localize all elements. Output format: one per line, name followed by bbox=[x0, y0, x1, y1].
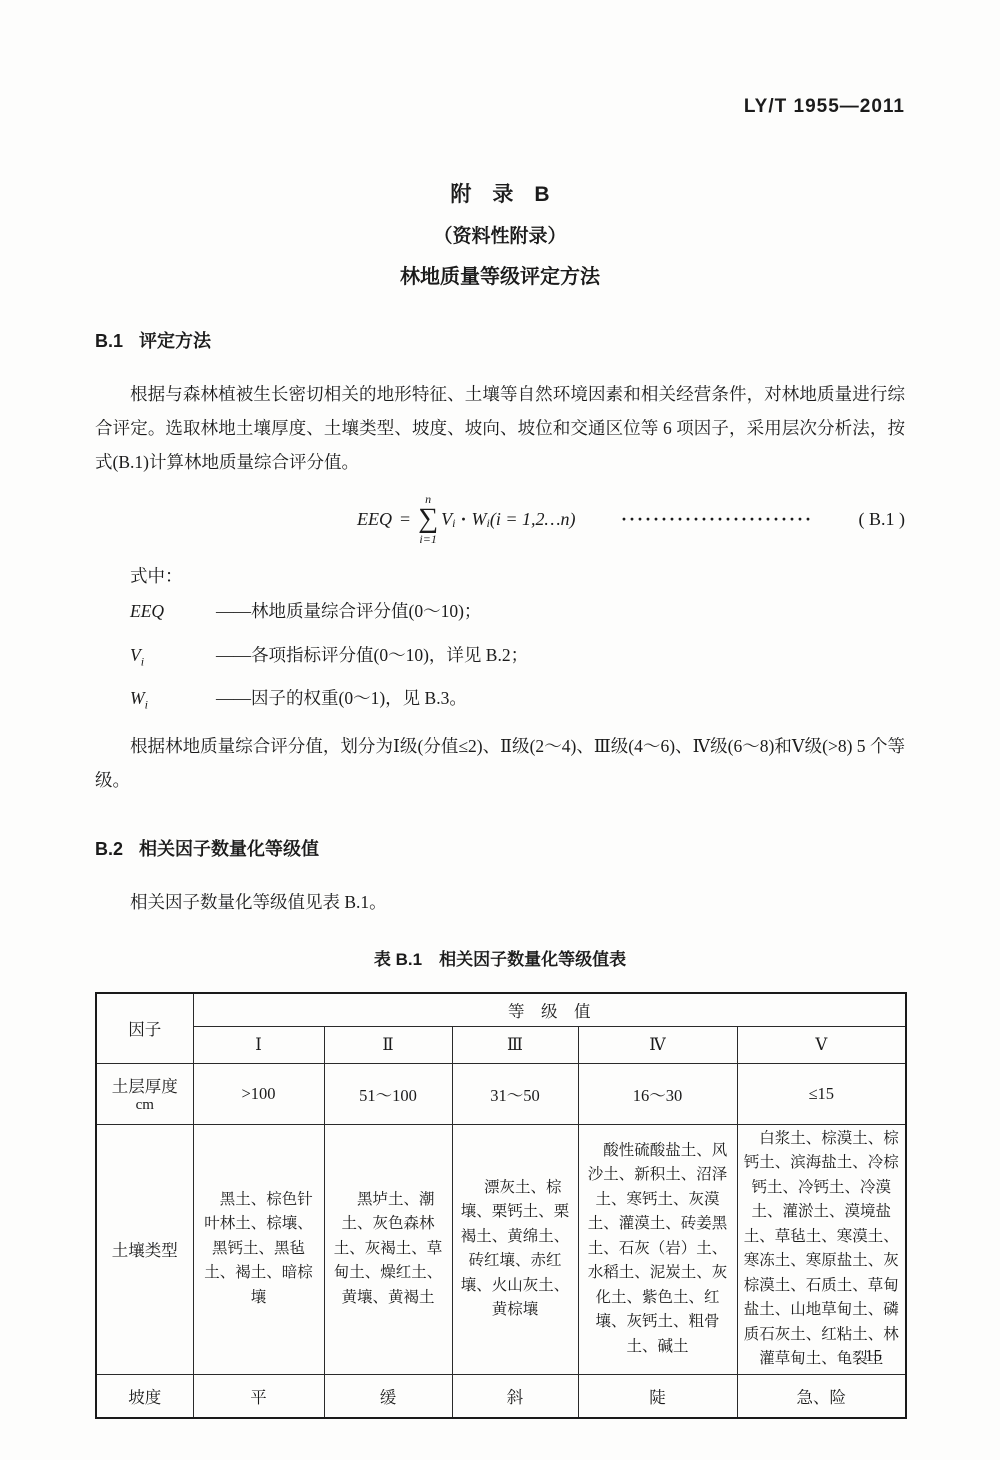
table-b1-caption: 表 B.1 相关因子数量化等级值表 bbox=[95, 945, 905, 970]
definition-dash: —— bbox=[216, 641, 251, 676]
appendix-name: 林地质量等级评定方法 bbox=[95, 260, 905, 289]
section-b1-paragraph-1: 根据与森林植被生长密切相关的地形特征、土壤等自然环境因素和相关经营条件，对林地质… bbox=[95, 377, 905, 479]
definition-vi: Vi —— 各项指标评分值(0～10)，详见 B.2； bbox=[95, 641, 905, 676]
section-b2-title: 相关因子数量化等级值 bbox=[139, 839, 319, 859]
row-label-slope: 坡度 bbox=[96, 1374, 193, 1418]
table-cell: 黑垆土、潮土、灰色森林土、灰褐土、草甸土、燥红土、黄壤、黄褐土 bbox=[324, 1124, 452, 1374]
doc-number: LY/T 1955—2011 bbox=[95, 0, 905, 118]
table-b1: 因子 等 级 值 Ⅰ Ⅱ Ⅲ Ⅳ Ⅴ 土层厚度 cm >100 51～100 3… bbox=[95, 992, 907, 1419]
table-cell: ≤15 bbox=[737, 1063, 906, 1124]
definition-symbol: Vi bbox=[130, 641, 216, 676]
table-row-soil-type: 土壤类型 黑土、棕色针叶林土、棕壤、黑钙土、黑毡土、褐土、暗棕壤 黑垆土、潮土、… bbox=[96, 1124, 906, 1374]
term-v-subscript: i bbox=[452, 516, 455, 531]
appendix-subtitle: （资料性附录） bbox=[95, 221, 905, 248]
definition-eeq: EEQ —— 林地质量综合评分值(0～10)； bbox=[95, 597, 905, 632]
table-cell: 平 bbox=[193, 1374, 324, 1418]
table-cell: 急、险 bbox=[737, 1374, 906, 1418]
definition-text: 林地质量综合评分值(0～10)； bbox=[251, 597, 481, 632]
row-label-soil-type: 土壤类型 bbox=[96, 1124, 193, 1374]
term-w: W bbox=[471, 509, 486, 530]
formula-index-range: (i = 1,2…n) bbox=[490, 509, 576, 530]
table-cell: 黑土、棕色针叶林土、棕壤、黑钙土、黑毡土、褐土、暗棕壤 bbox=[193, 1124, 324, 1374]
section-b2-number: B.2 bbox=[95, 839, 123, 859]
table-cell: 白浆土、棕漠土、棕钙土、滨海盐土、冷棕钙土、冷钙土、冷漠土、灌淤土、漠境盐土、草… bbox=[737, 1124, 906, 1374]
dot-leader: ························ bbox=[621, 509, 813, 530]
table-header-factor: 因子 bbox=[96, 993, 193, 1064]
sigma-icon: ∑ bbox=[418, 505, 438, 533]
summation-symbol: n ∑ i=1 bbox=[418, 493, 438, 545]
row-label-unit: cm bbox=[101, 1097, 189, 1114]
equals-sign: = bbox=[400, 509, 410, 530]
formula-lhs: EEQ bbox=[357, 509, 392, 530]
definition-dash: —— bbox=[216, 684, 251, 719]
appendix-title: 附 录 B bbox=[95, 178, 905, 208]
table-header-grade-4: Ⅳ bbox=[578, 1026, 737, 1063]
table-cell: 斜 bbox=[452, 1374, 578, 1418]
table-header-grade-1: Ⅰ bbox=[193, 1026, 324, 1063]
section-b1-paragraph-2: 根据林地质量综合评分值，划分为Ⅰ级(分值≤2)、Ⅱ级(2～4)、Ⅲ级(4～6)、… bbox=[95, 729, 905, 797]
table-cell: 16～30 bbox=[578, 1063, 737, 1124]
definition-symbol: EEQ bbox=[130, 597, 216, 632]
definition-text: 各项指标评分值(0～10)，详见 B.2； bbox=[251, 641, 528, 676]
definition-dash: —— bbox=[216, 597, 251, 632]
section-b2-heading: B.2相关因子数量化等级值 bbox=[95, 835, 905, 861]
formula-b1: EEQ = n ∑ i=1 Vi · Wi (i = 1,2…n) ······… bbox=[95, 493, 905, 545]
table-row-slope: 坡度 平 缓 斜 陡 急、险 bbox=[96, 1374, 906, 1418]
where-label: 式中： bbox=[95, 563, 905, 588]
table-cell: 陡 bbox=[578, 1374, 737, 1418]
table-row-soil-depth: 土层厚度 cm >100 51～100 31～50 16～30 ≤15 bbox=[96, 1063, 906, 1124]
table-cell: 漂灰土、棕壤、栗钙土、栗褐土、黄绵土、砖红壤、赤红壤、火山灰土、黄棕壤 bbox=[452, 1124, 578, 1374]
table-header-grade-3: Ⅲ bbox=[452, 1026, 578, 1063]
section-b1-number: B.1 bbox=[95, 331, 123, 351]
table-cell: 31～50 bbox=[452, 1063, 578, 1124]
term-w-subscript: i bbox=[486, 516, 489, 531]
section-b1-title: 评定方法 bbox=[139, 331, 211, 351]
definition-symbol: Wi bbox=[130, 684, 216, 719]
section-b2-paragraph-1: 相关因子数量化等级值见表 B.1。 bbox=[95, 885, 905, 919]
row-label-soil-depth: 土层厚度 cm bbox=[96, 1063, 193, 1124]
formula-number: ( B.1 ) bbox=[858, 509, 905, 530]
table-header-grade-value: 等 级 值 bbox=[193, 993, 906, 1027]
table-header-grade-5: Ⅴ bbox=[737, 1026, 906, 1063]
definition-text: 因子的权重(0～1)，见 B.3。 bbox=[251, 684, 467, 719]
table-cell: 51～100 bbox=[324, 1063, 452, 1124]
table-cell: 酸性硫酸盐土、风沙土、新积土、沼泽土、寒钙土、灰漠土、灌漠土、砖姜黑土、石灰（岩… bbox=[578, 1124, 737, 1374]
formula-expression: EEQ = n ∑ i=1 Vi · Wi (i = 1,2…n) bbox=[357, 493, 575, 545]
table-cell: 缓 bbox=[324, 1374, 452, 1418]
table-header-grade-2: Ⅱ bbox=[324, 1026, 452, 1063]
term-v: V bbox=[441, 509, 452, 530]
document-page: LY/T 1955—2011 附 录 B （资料性附录） 林地质量等级评定方法 … bbox=[0, 0, 1000, 1460]
page-number: 15 bbox=[865, 1346, 882, 1366]
sum-lower-limit: i=1 bbox=[419, 533, 436, 545]
table-cell: >100 bbox=[193, 1063, 324, 1124]
multiply-dot: · bbox=[460, 509, 466, 530]
definition-wi: Wi —— 因子的权重(0～1)，见 B.3。 bbox=[95, 684, 905, 719]
section-b1-heading: B.1评定方法 bbox=[95, 327, 905, 353]
